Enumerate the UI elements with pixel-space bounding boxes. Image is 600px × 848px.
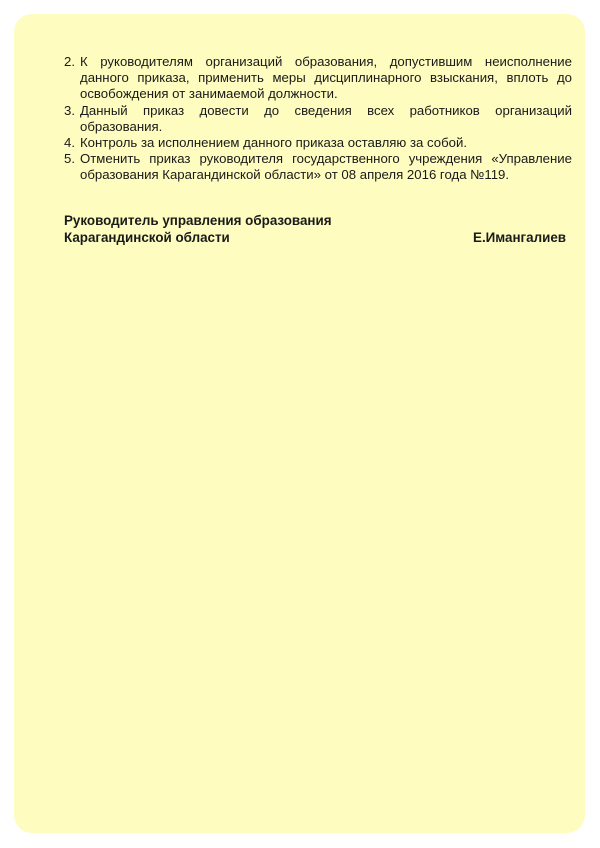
item-text: Контроль за исполнением данного приказа … [80, 135, 572, 151]
item-number: 4. [64, 135, 75, 151]
item-text: К руководителям организаций образования,… [80, 54, 572, 103]
order-item-3: 3. Данный приказ довести до сведения все… [64, 103, 572, 135]
signatory-title-line1: Руководитель управления образования [64, 212, 566, 229]
item-text: Данный приказ довести до сведения всех р… [80, 103, 572, 135]
order-item-4: 4. Контроль за исполнением данного прика… [64, 135, 572, 151]
item-text: Отменить приказ руководителя государстве… [80, 151, 572, 183]
order-items-list: 2. К руководителям организаций образован… [64, 54, 572, 184]
signature-row: Карагандинской области Е.Имангалиев [64, 229, 566, 246]
item-number: 2. [64, 54, 75, 70]
signature-block: Руководитель управления образования Кара… [64, 212, 566, 246]
signatory-title-line2: Карагандинской области [64, 229, 230, 246]
signatory-name: Е.Имангалиев [473, 229, 566, 246]
item-number: 3. [64, 103, 75, 119]
order-item-2: 2. К руководителям организаций образован… [64, 54, 572, 103]
order-item-5: 5. Отменить приказ руководителя государс… [64, 151, 572, 183]
item-number: 5. [64, 151, 75, 167]
